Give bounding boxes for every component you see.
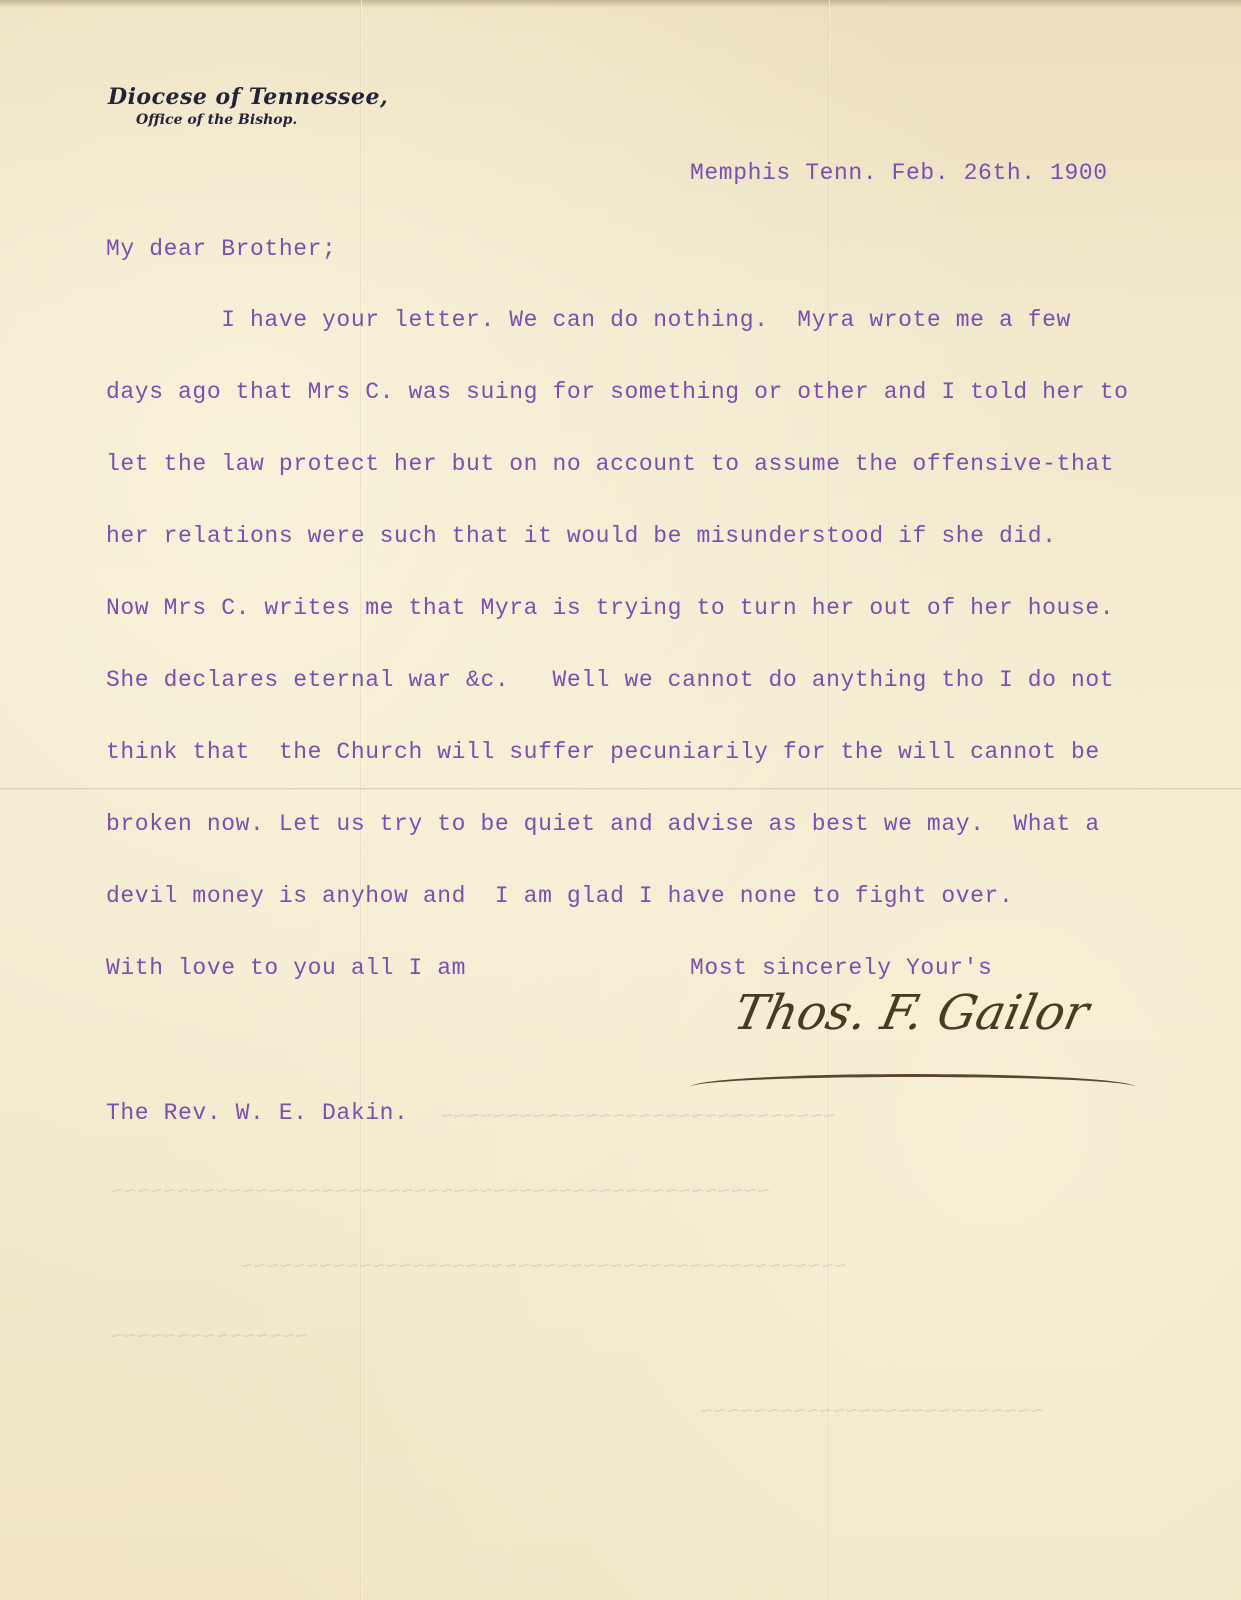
body-line: devil money is anyhow and I am glad I ha…	[106, 883, 1013, 909]
body-line: I have your letter. We can do nothing. M…	[106, 307, 1071, 333]
bleed-through-text: ~~~~~~~~~~~~~~~~~~~~~~~~~~~~~~~~~~~~~~~~…	[110, 1180, 770, 1205]
salutation: My dear Brother;	[106, 236, 336, 262]
letter-page: Diocese of Tennessee, Office of the Bish…	[0, 0, 1241, 1600]
body-line: days ago that Mrs C. was suing for somet…	[106, 379, 1129, 405]
closing-right: Most sincerely Your's	[690, 955, 992, 981]
bleed-through-text: ~~~~~~~~~~~~~~~~~~~~~~~~~~~~~~	[440, 1105, 836, 1130]
body-line: think that the Church will suffer pecuni…	[106, 739, 1100, 765]
fold-line-horizontal	[0, 788, 1241, 791]
body-line: let the law protect her but on no accoun…	[106, 451, 1114, 477]
fold-line-vertical-left	[360, 0, 362, 1600]
fold-line-vertical-right	[828, 0, 830, 1600]
bleed-through-text: ~~~~~~~~~~~~~~~~~~~~~~~~~~~~~~~~~~~~~~~~…	[240, 1255, 847, 1280]
body-line: She declares eternal war &c. Well we can…	[106, 667, 1114, 693]
closing-left: With love to you all I am	[106, 955, 466, 981]
addressee: The Rev. W. E. Dakin.	[106, 1100, 408, 1126]
letterhead-title: Diocese of Tennessee,	[108, 84, 388, 110]
body-line: broken now. Let us try to be quiet and a…	[106, 811, 1100, 837]
letterhead: Diocese of Tennessee, Office of the Bish…	[108, 84, 388, 128]
top-edge-shadow	[0, 0, 1241, 8]
dateline: Memphis Tenn. Feb. 26th. 1900	[690, 160, 1108, 186]
body-line: Now Mrs C. writes me that Myra is trying…	[106, 595, 1114, 621]
signature: Thos. F. Gailor	[729, 985, 1094, 1041]
signature-flourish	[690, 1074, 1135, 1087]
letterhead-subtitle: Office of the Bishop.	[136, 112, 388, 128]
body-line: her relations were such that it would be…	[106, 523, 1057, 549]
bleed-through-text: ~~~~~~~~~~~~~~~	[110, 1325, 308, 1350]
bleed-through-text: ~~~~~~~~~~~~~~~~~~~~~~~~~~	[700, 1400, 1043, 1425]
